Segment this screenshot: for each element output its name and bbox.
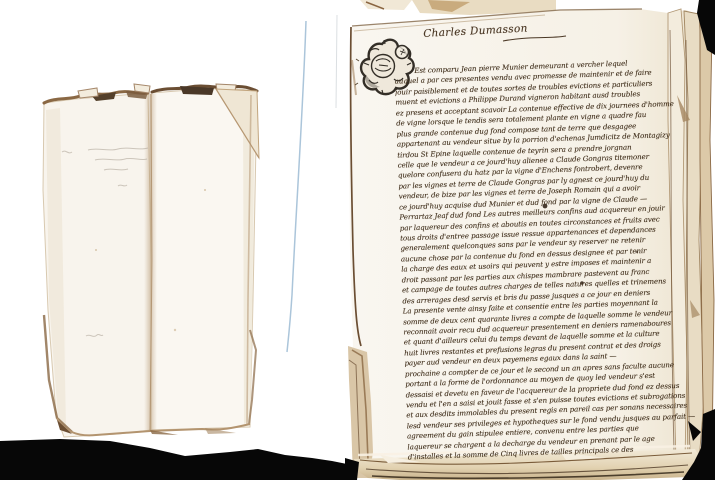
archival-manuscript-scan: Charles Dumasson Est comparu Jean pierre… xyxy=(0,0,715,480)
left-folio xyxy=(43,84,259,437)
manuscript-text-block: Est comparu Jean pierre Munier demeurant… xyxy=(394,56,714,468)
